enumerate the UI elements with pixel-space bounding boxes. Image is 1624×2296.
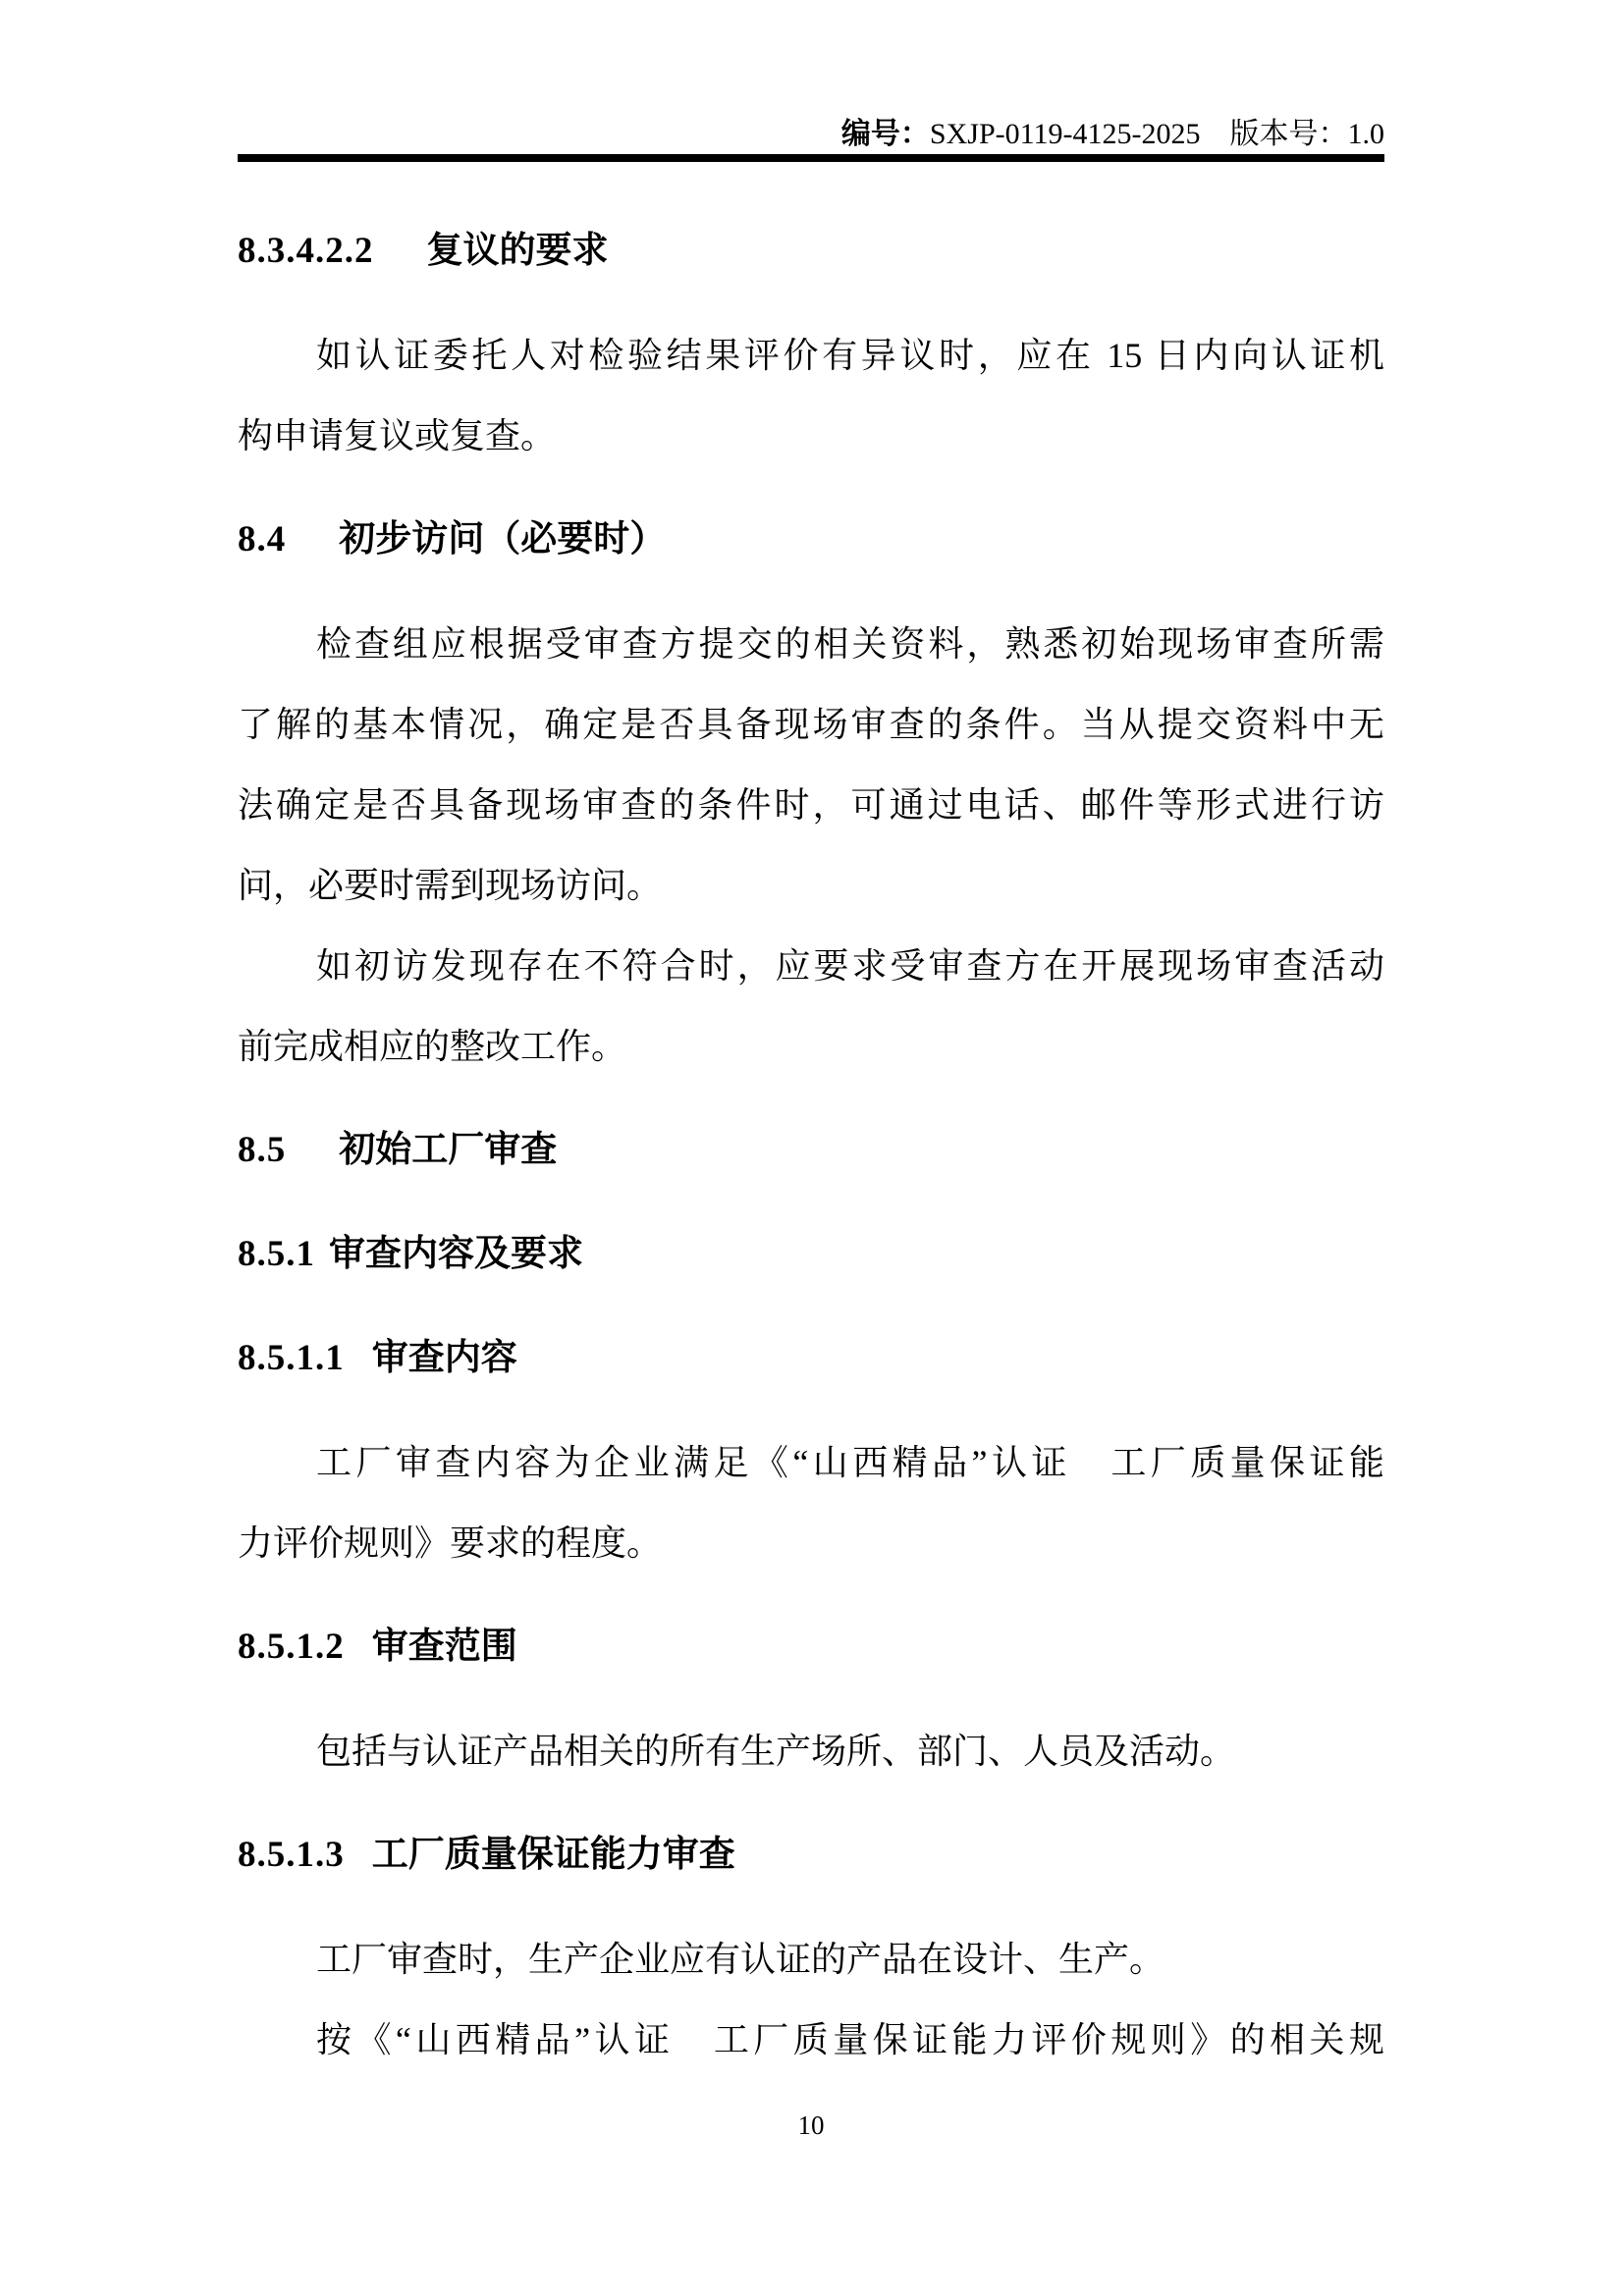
- section-title: 工厂质量保证能力审查: [372, 1835, 735, 1875]
- section-heading-8-5: 8.5初始工厂审查: [238, 1110, 1384, 1191]
- section-title: 初始工厂审查: [339, 1130, 557, 1170]
- section-heading-8-5-1-3: 8.5.1.3工厂质量保证能力审查: [238, 1815, 1384, 1896]
- section-number: 8.5.1.1: [238, 1338, 345, 1378]
- section-number: 8.5.1: [238, 1234, 315, 1274]
- text-line: 检查组应根据受审查方提交的相关资料，熟悉初始现场审查所需: [238, 604, 1384, 684]
- section-number: 8.4: [238, 519, 286, 560]
- section-title: 审查内容: [372, 1338, 517, 1378]
- section-title: 审查范围: [372, 1627, 517, 1667]
- paragraph: 如认证委托人对检验结果评价有异议时，应在 15 日内向认证机 构申请复议或复查。: [238, 315, 1384, 476]
- section-heading-8-4: 8.4初步访问（必要时）: [238, 500, 1384, 580]
- section-heading-8-5-1-1: 8.5.1.1审查内容: [238, 1318, 1384, 1399]
- version-label: 版本号：: [1230, 118, 1348, 150]
- page-number: 10: [238, 2106, 1384, 2145]
- text-line: 了解的基本情况，确定是否具备现场审查的条件。当从提交资料中无: [238, 684, 1384, 765]
- section-title: 审查内容及要求: [329, 1234, 583, 1274]
- paragraph: 按《“山西精品”认证 工厂质量保证能力评价规则》的相关规: [238, 2000, 1384, 2080]
- section-title: 初步访问（必要时）: [339, 519, 666, 560]
- page-header: 编号：SXJP-0119-4125-2025版本号：1.0: [238, 116, 1384, 162]
- section-heading-8-5-1-2: 8.5.1.2审查范围: [238, 1607, 1384, 1687]
- section-heading-8-5-1: 8.5.1审查内容及要求: [238, 1214, 1384, 1295]
- section-heading-8-3-4-2-2: 8.3.4.2.2复议的要求: [238, 211, 1384, 292]
- text-line: 按《“山西精品”认证 工厂质量保证能力评价规则》的相关规: [238, 2000, 1384, 2080]
- section-number: 8.3.4.2.2: [238, 231, 374, 271]
- doc-number: SXJP-0119-4125-2025: [930, 118, 1201, 150]
- text-line: 法确定是否具备现场审查的条件时，可通过电话、邮件等形式进行访: [238, 765, 1384, 845]
- paragraph: 工厂审查时，生产企业应有认证的产品在设计、生产。: [238, 1919, 1384, 2000]
- paragraph: 工厂审查内容为企业满足《“山西精品”认证 工厂质量保证能 力评价规则》要求的程度…: [238, 1422, 1384, 1583]
- text-line: 如初访发现存在不符合时，应要求受审查方在开展现场审查活动: [238, 926, 1384, 1006]
- text-line: 如认证委托人对检验结果评价有异议时，应在 15 日内向认证机: [238, 315, 1384, 396]
- paragraph: 如初访发现存在不符合时，应要求受审查方在开展现场审查活动 前完成相应的整改工作。: [238, 926, 1384, 1087]
- section-number: 8.5.1.2: [238, 1627, 345, 1667]
- section-number: 8.5: [238, 1130, 286, 1170]
- text-line: 包括与认证产品相关的所有生产场所、部门、人员及活动。: [238, 1711, 1384, 1791]
- paragraph: 检查组应根据受审查方提交的相关资料，熟悉初始现场审查所需 了解的基本情况，确定是…: [238, 604, 1384, 926]
- document-page: 编号：SXJP-0119-4125-2025版本号：1.0 8.3.4.2.2复…: [0, 0, 1624, 2296]
- section-number: 8.5.1.3: [238, 1835, 345, 1875]
- section-title: 复议的要求: [427, 231, 609, 271]
- doc-number-label: 编号：: [841, 118, 930, 150]
- text-line: 工厂审查内容为企业满足《“山西精品”认证 工厂质量保证能: [238, 1422, 1384, 1503]
- version-value: 1.0: [1348, 118, 1385, 150]
- paragraph: 包括与认证产品相关的所有生产场所、部门、人员及活动。: [238, 1711, 1384, 1791]
- text-line: 问，必要时需到现场访问。: [238, 845, 1384, 926]
- text-line: 前完成相应的整改工作。: [238, 1006, 1384, 1087]
- text-line: 力评价规则》要求的程度。: [238, 1503, 1384, 1583]
- text-line: 工厂审查时，生产企业应有认证的产品在设计、生产。: [238, 1919, 1384, 2000]
- text-line: 构申请复议或复查。: [238, 396, 1384, 476]
